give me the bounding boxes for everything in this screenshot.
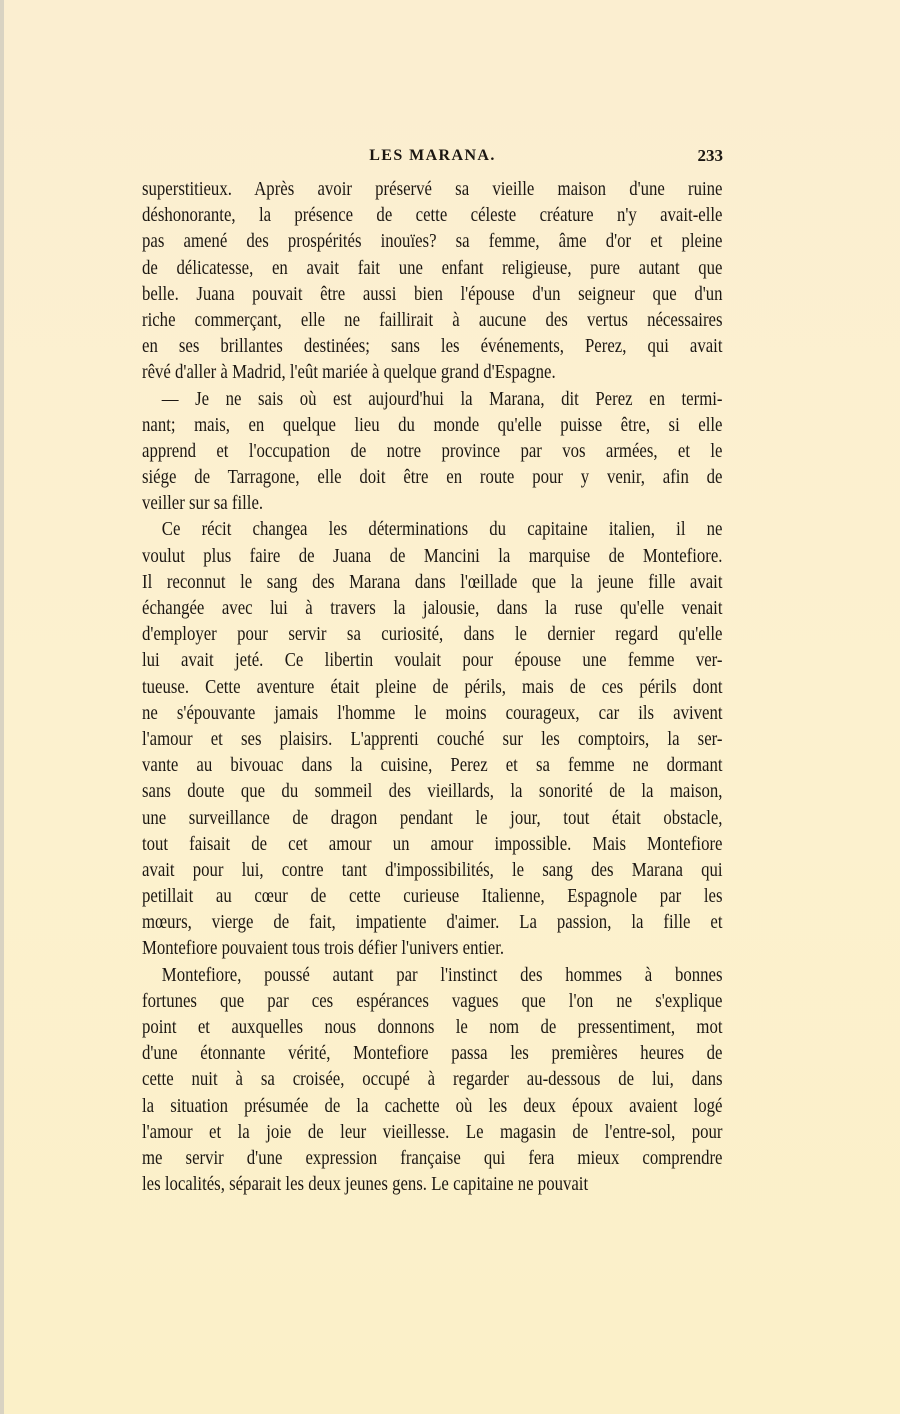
text-line: échangée avec lui à travers la jalousie,… [142,596,723,622]
text-line: sans doute que du sommeil des vieillards… [142,779,723,805]
text-line: Montefiore pouvaient tous trois défier l… [142,936,723,962]
text-line: vante au bivouac dans la cuisine, Perez … [142,753,723,779]
running-head: LES MARANA. 233 [142,143,723,171]
page-number: 233 [698,146,724,166]
text-line: déshonorante, la présence de cette céles… [142,203,723,229]
running-title: LES MARANA. [142,147,723,165]
text-line: voulut plus faire de Juana de Mancini la… [142,544,723,570]
text-line: en ses brillantes destinées; sans les év… [142,334,723,360]
text-line: veiller sur sa fille. [142,491,723,517]
text-line: rêvé d'aller à Madrid, l'eût mariée à qu… [142,360,723,386]
text-line: — Je ne sais où est aujourd'hui la Maran… [142,387,723,413]
text-line: cette nuit à sa croisée, occupé à regard… [142,1067,723,1093]
text-line: lui avait jeté. Ce libertin voulait pour… [142,648,723,674]
text-line: l'amour et la joie de leur vieillesse. L… [142,1120,723,1146]
text-line: l'amour et ses plaisirs. L'apprenti couc… [142,727,723,753]
text-line: d'employer pour servir sa curiosité, dan… [142,622,723,648]
text-line: d'une étonnante vérité, Montefiore passa… [142,1041,723,1067]
text-line: riche commerçant, elle ne faillirait à a… [142,308,723,334]
body-text: superstitieux. Après avoir préservé sa v… [142,177,723,1198]
text-line: Ce récit changea les déterminations du c… [142,517,723,543]
text-line: siége de Tarragone, elle doit être en ro… [142,465,723,491]
paragraph: Ce récit changea les déterminations du c… [142,517,723,962]
paragraph: superstitieux. Après avoir préservé sa v… [142,177,723,387]
text-line: nant; mais, en quelque lieu du monde qu'… [142,413,723,439]
text-line: avait pour lui, contre tant d'impossibil… [142,858,723,884]
book-page: LES MARANA. 233 superstitieux. Après avo… [142,143,723,1198]
text-line: les localités, séparait les deux jeunes … [142,1172,723,1198]
text-line: petillait au cœur de cette curieuse Ital… [142,884,723,910]
text-line: la situation présumée de la cachette où … [142,1094,723,1120]
paragraph: — Je ne sais où est aujourd'hui la Maran… [142,387,723,518]
text-line: tueuse. Cette aventure était pleine de p… [142,675,723,701]
paragraph: Montefiore, poussé autant par l'instinct… [142,963,723,1199]
text-line: de délicatesse, en avait fait une enfant… [142,256,723,282]
text-line: ne s'épouvante jamais l'homme le moins c… [142,701,723,727]
page-edge-shadow [0,0,4,1414]
text-line: pas amené des prospérités inouïes? sa fe… [142,229,723,255]
text-line: mœurs, vierge de fait, impatiente d'aime… [142,910,723,936]
text-line: tout faisait de cet amour un amour impos… [142,832,723,858]
text-line: fortunes que par ces espérances vagues q… [142,989,723,1015]
text-line: Montefiore, poussé autant par l'instinct… [142,963,723,989]
text-line: apprend et l'occupation de notre provinc… [142,439,723,465]
text-line: Il reconnut le sang des Marana dans l'œi… [142,570,723,596]
text-line: me servir d'une expression française qui… [142,1146,723,1172]
text-line: belle. Juana pouvait être aussi bien l'é… [142,282,723,308]
text-line: superstitieux. Après avoir préservé sa v… [142,177,723,203]
text-line: point et auxquelles nous donnons le nom … [142,1015,723,1041]
text-line: une surveillance de dragon pendant le jo… [142,806,723,832]
